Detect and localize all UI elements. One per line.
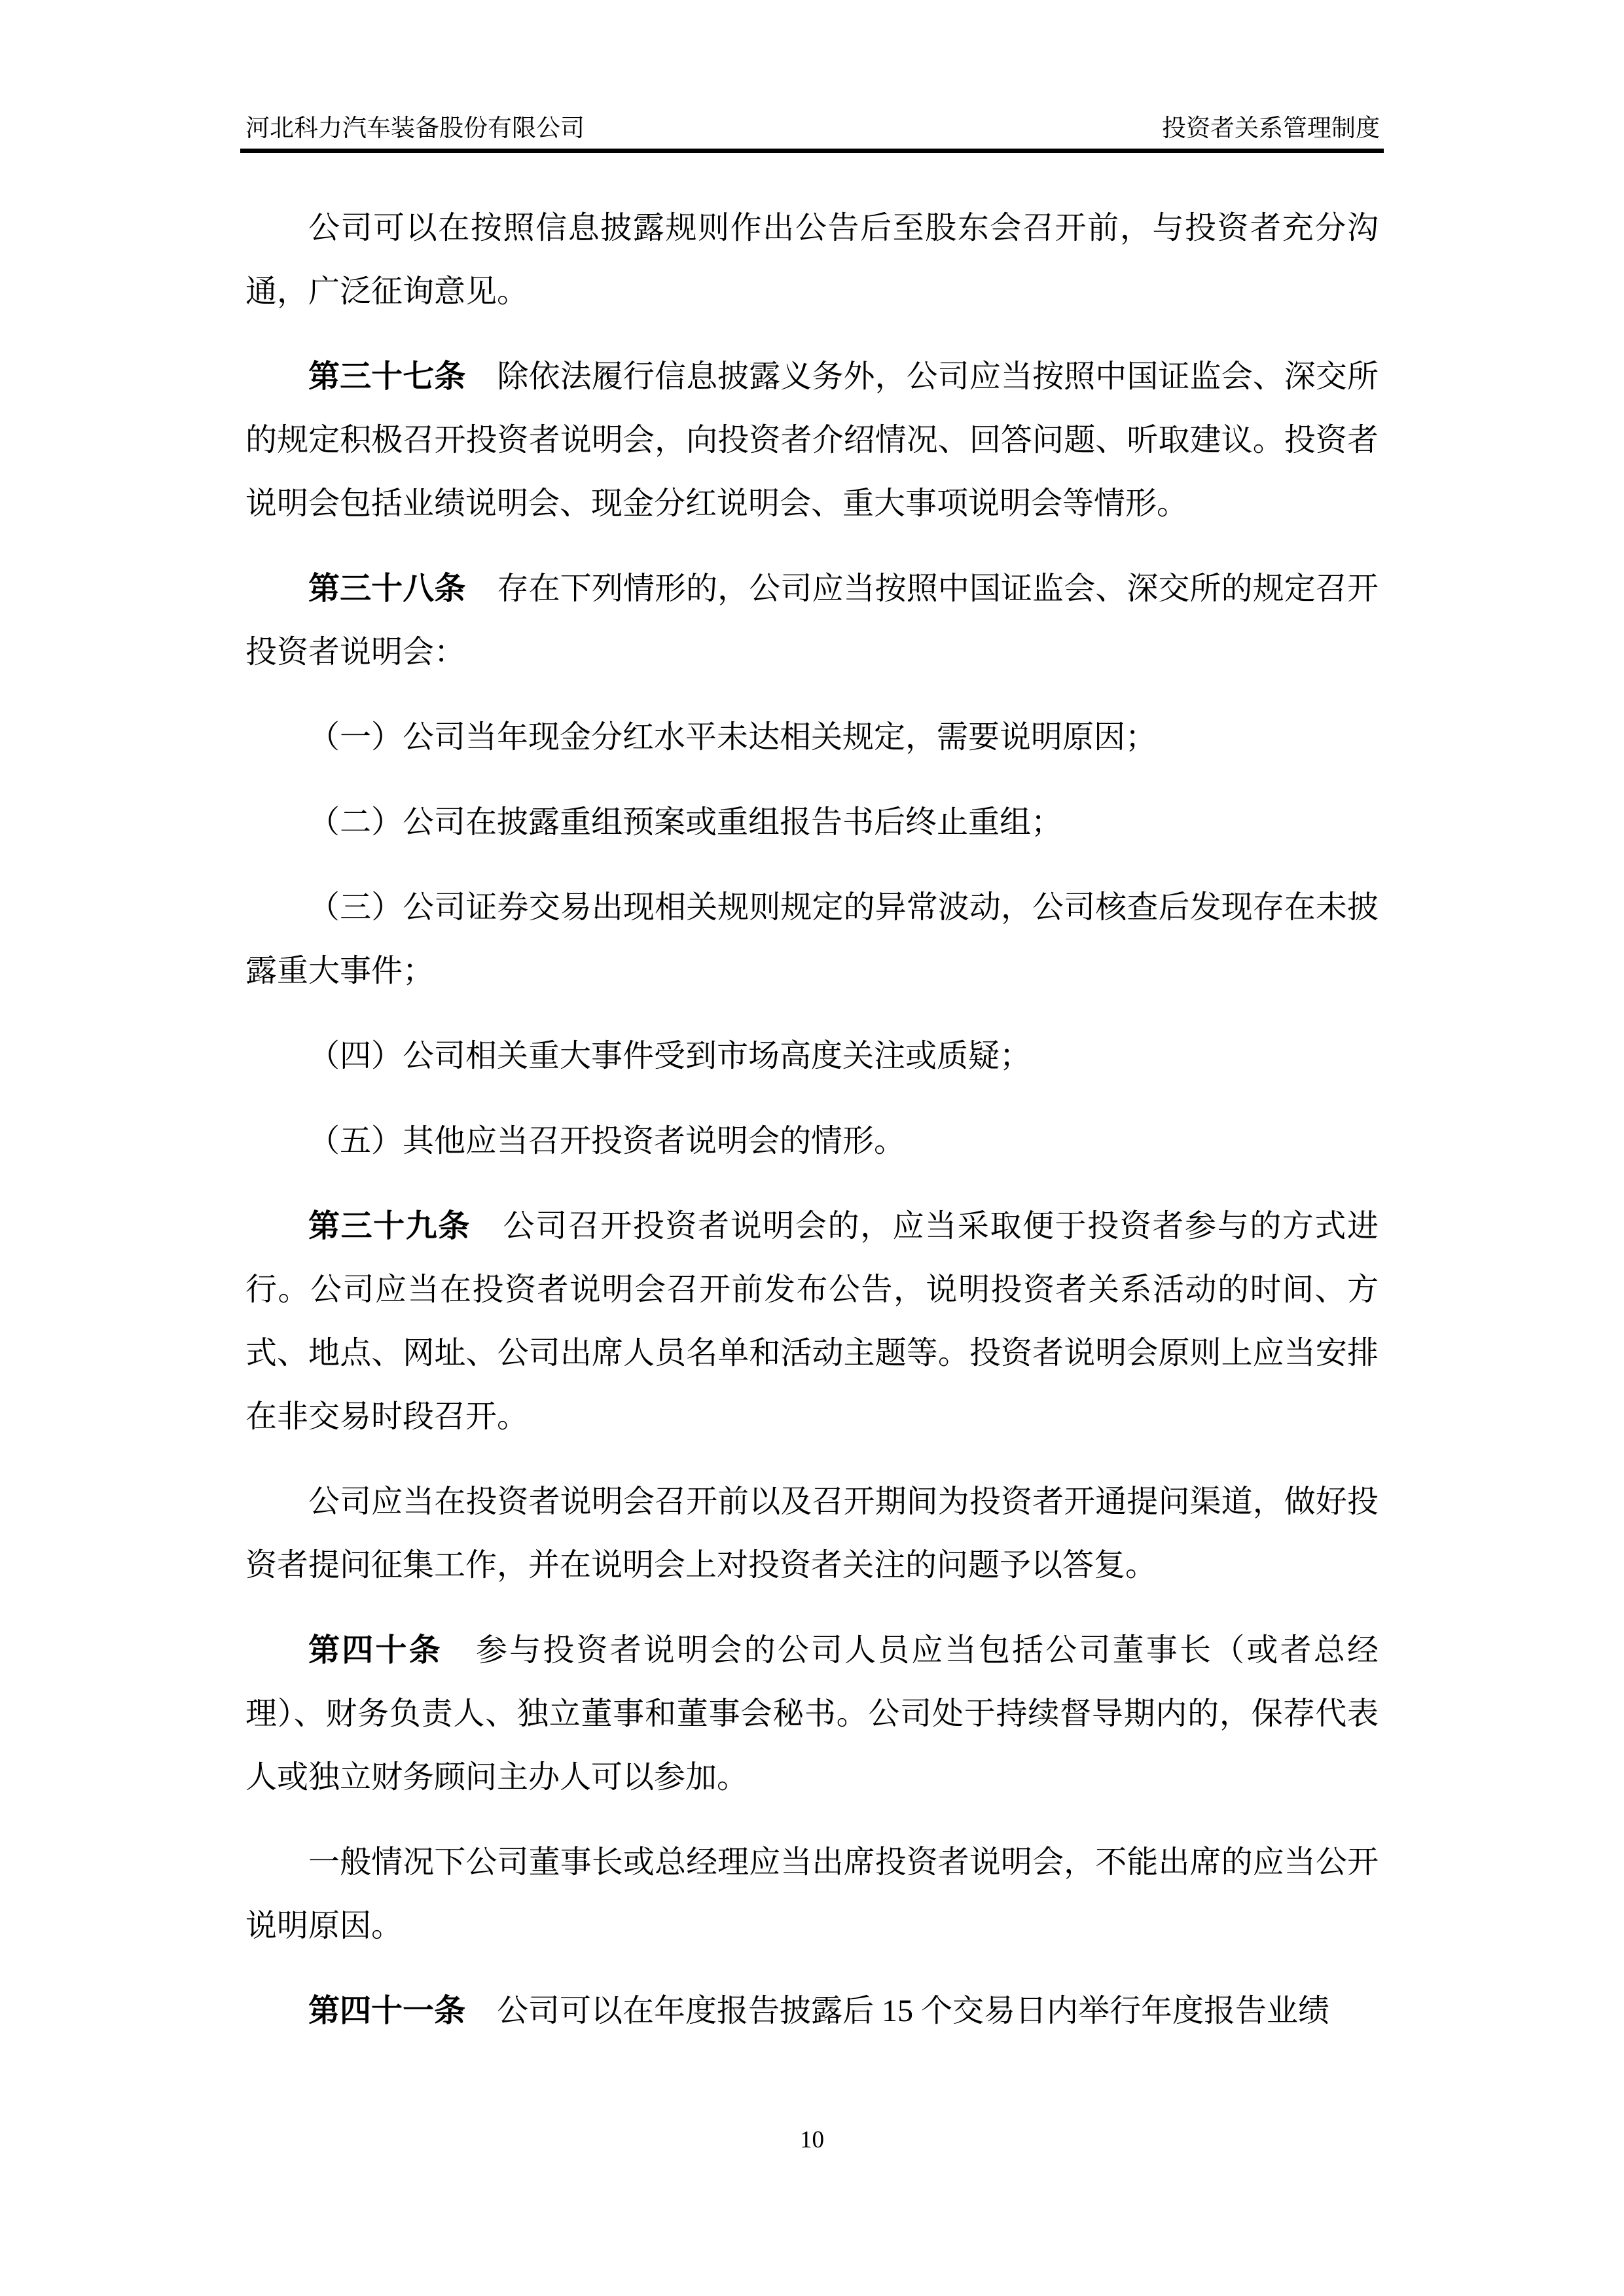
paragraph: 第三十八条 存在下列情形的，公司应当按照中国证监会、深交所的规定召开投资者说明会… — [245, 557, 1379, 684]
paragraph: 公司应当在投资者说明会召开前以及召开期间为投资者开通提问渠道，做好投资者提问征集… — [245, 1470, 1379, 1597]
page-footer: 10 — [0, 2126, 1624, 2155]
header-divider — [240, 149, 1384, 153]
paragraph: （四）公司相关重大事件受到市场高度关注或质疑； — [245, 1024, 1379, 1088]
paragraph: 第四十条 参与投资者说明会的公司人员应当包括公司董事长（或者总经理）、财务负责人… — [245, 1619, 1379, 1809]
article-number-label: 第四十条 — [308, 1633, 442, 1668]
header-document-title: 投资者关系管理制度 — [1162, 114, 1380, 144]
paragraph: 第三十九条 公司召开投资者说明会的，应当采取便于投资者参与的方式进行。公司应当在… — [245, 1194, 1379, 1448]
document-body: 公司可以在按照信息披露规则作出公告后至股东会召开前，与投资者充分沟通，广泛征询意… — [245, 165, 1379, 2043]
article-number-label: 第四十一条 — [308, 1994, 465, 2028]
paragraph: 公司可以在按照信息披露规则作出公告后至股东会召开前，与投资者充分沟通，广泛征询意… — [245, 196, 1379, 323]
article-number-label: 第三十九条 — [308, 1209, 471, 1244]
paragraph: （一）公司当年现金分红水平未达相关规定，需要说明原因； — [245, 706, 1379, 769]
paragraph: （五）其他应当召开投资者说明会的情形。 — [245, 1109, 1379, 1173]
paragraph: 第四十一条 公司可以在年度报告披露后 15 个交易日内举行年度报告业绩 — [245, 1979, 1379, 2043]
page-number: 10 — [800, 2126, 824, 2153]
paragraph: 第三十七条 除依法履行信息披露义务外，公司应当按照中国证监会、深交所的规定积极召… — [245, 345, 1379, 535]
header-company-name: 河北科力汽车装备股份有限公司 — [245, 114, 585, 144]
article-number-label: 第三十八条 — [308, 571, 465, 606]
article-number-label: 第三十七条 — [308, 359, 465, 394]
page-header: 河北科力汽车装备股份有限公司 投资者关系管理制度 — [245, 114, 1380, 144]
document-page: 河北科力汽车装备股份有限公司 投资者关系管理制度 公司可以在按照信息披露规则作出… — [0, 0, 1624, 2296]
paragraph: （二）公司在披露重组预案或重组报告书后终止重组； — [245, 791, 1379, 854]
paragraph: 一般情况下公司董事长或总经理应当出席投资者说明会，不能出席的应当公开说明原因。 — [245, 1831, 1379, 1958]
paragraph: （三）公司证券交易出现相关规则规定的异常波动，公司核查后发现存在未披露重大事件； — [245, 876, 1379, 1003]
